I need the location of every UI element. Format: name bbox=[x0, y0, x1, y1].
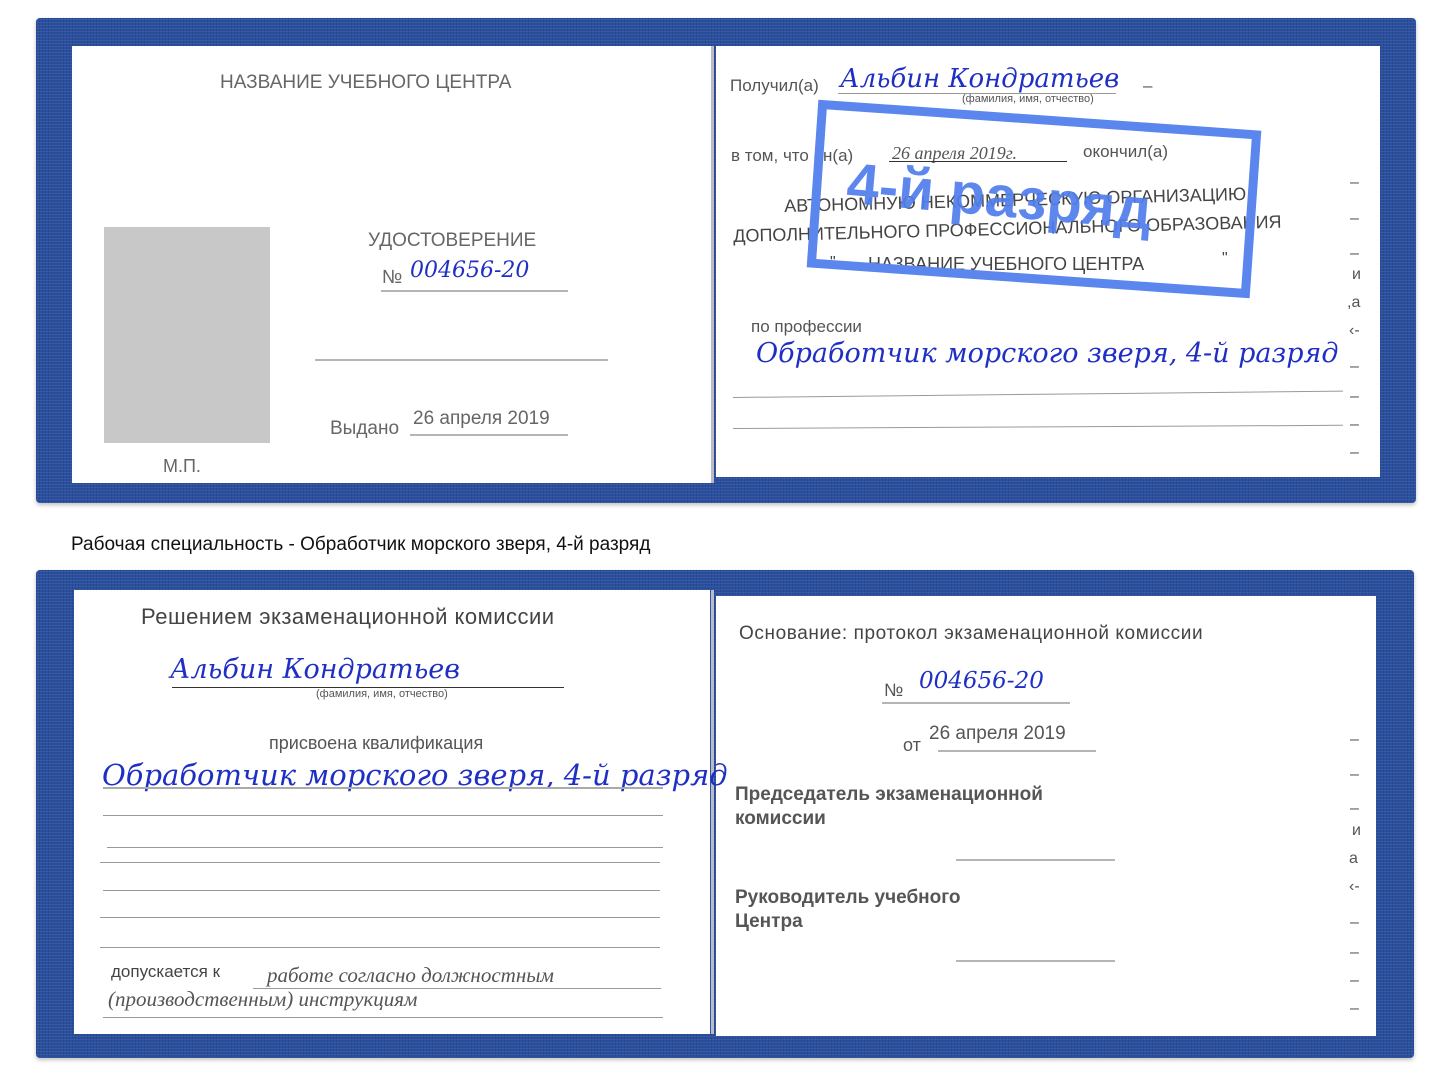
number-underline bbox=[381, 290, 568, 292]
blank-line-1 bbox=[103, 815, 663, 816]
certificate-number: 004656-20 bbox=[410, 258, 529, 283]
protocol-date: 26 апреля 2019 bbox=[929, 723, 1066, 745]
chairman-signature-line bbox=[956, 859, 1115, 861]
qualification-label: присвоена квалификация bbox=[269, 733, 483, 754]
name-hint: (фамилия, имя, отчество) bbox=[962, 93, 1094, 105]
issued-label: Выдано bbox=[330, 418, 399, 440]
issued-date: 26 апреля 2019 bbox=[413, 408, 550, 430]
org-title: НАЗВАНИЕ УЧЕБНОГО ЦЕНТРА bbox=[220, 72, 512, 94]
basis-label: Основание: протокол экзаменационной коми… bbox=[739, 623, 1203, 645]
protocol-number: 004656-20 bbox=[919, 668, 1044, 694]
admitted-underline-2 bbox=[103, 1017, 663, 1018]
protocol-date-label: от bbox=[903, 735, 921, 756]
admitted-value-line1: работе согласно должностным bbox=[267, 963, 554, 988]
protocol-date-underline bbox=[938, 750, 1096, 752]
admitted-value-line2: (производственным) инструкциям bbox=[108, 987, 417, 1012]
seal-label: М.П. bbox=[163, 456, 201, 477]
qualification-underline bbox=[103, 787, 663, 789]
chairman-label-1: Председатель экзаменационной bbox=[735, 784, 1043, 806]
number-label: № bbox=[382, 267, 402, 289]
issued-underline bbox=[410, 434, 568, 436]
specialty-caption: Рабочая специальность - Обработчик морск… bbox=[71, 534, 650, 556]
photo-placeholder bbox=[104, 227, 270, 443]
blank-line-2 bbox=[107, 847, 663, 848]
spine-divider bbox=[711, 46, 714, 483]
profession-value: Обработчик морского зверя, 4-й разряд bbox=[756, 338, 1339, 369]
chairman-label-2: комиссии bbox=[735, 808, 826, 830]
head-label-1: Руководитель учебного bbox=[735, 887, 961, 909]
head-label-2: Центра bbox=[735, 911, 803, 933]
doc-title: УДОСТОВЕРЕНИЕ bbox=[368, 230, 536, 252]
blank-line-5 bbox=[100, 917, 660, 918]
person-name-hint: (фамилия, имя, отчество) bbox=[316, 688, 448, 700]
profession-label: по профессии bbox=[751, 317, 862, 337]
commission-heading: Решением экзаменационной комиссии bbox=[141, 604, 555, 630]
blank-line-3 bbox=[100, 862, 660, 863]
received-label: Получил(а) bbox=[730, 76, 819, 96]
protocol-number-label: № bbox=[884, 680, 903, 701]
admitted-label: допускается к bbox=[111, 962, 220, 982]
person-name: Альбин Кондратьев bbox=[170, 654, 460, 685]
spine-divider-bottom bbox=[711, 590, 714, 1034]
blank-line-4 bbox=[103, 890, 660, 891]
recipient-name: Альбин Кондратьев bbox=[840, 64, 1119, 94]
dash-mark: – bbox=[1143, 76, 1152, 96]
blank-line bbox=[315, 359, 608, 361]
protocol-number-underline bbox=[882, 702, 1070, 704]
head-signature-line bbox=[956, 960, 1115, 962]
blank-line-6 bbox=[100, 947, 660, 948]
